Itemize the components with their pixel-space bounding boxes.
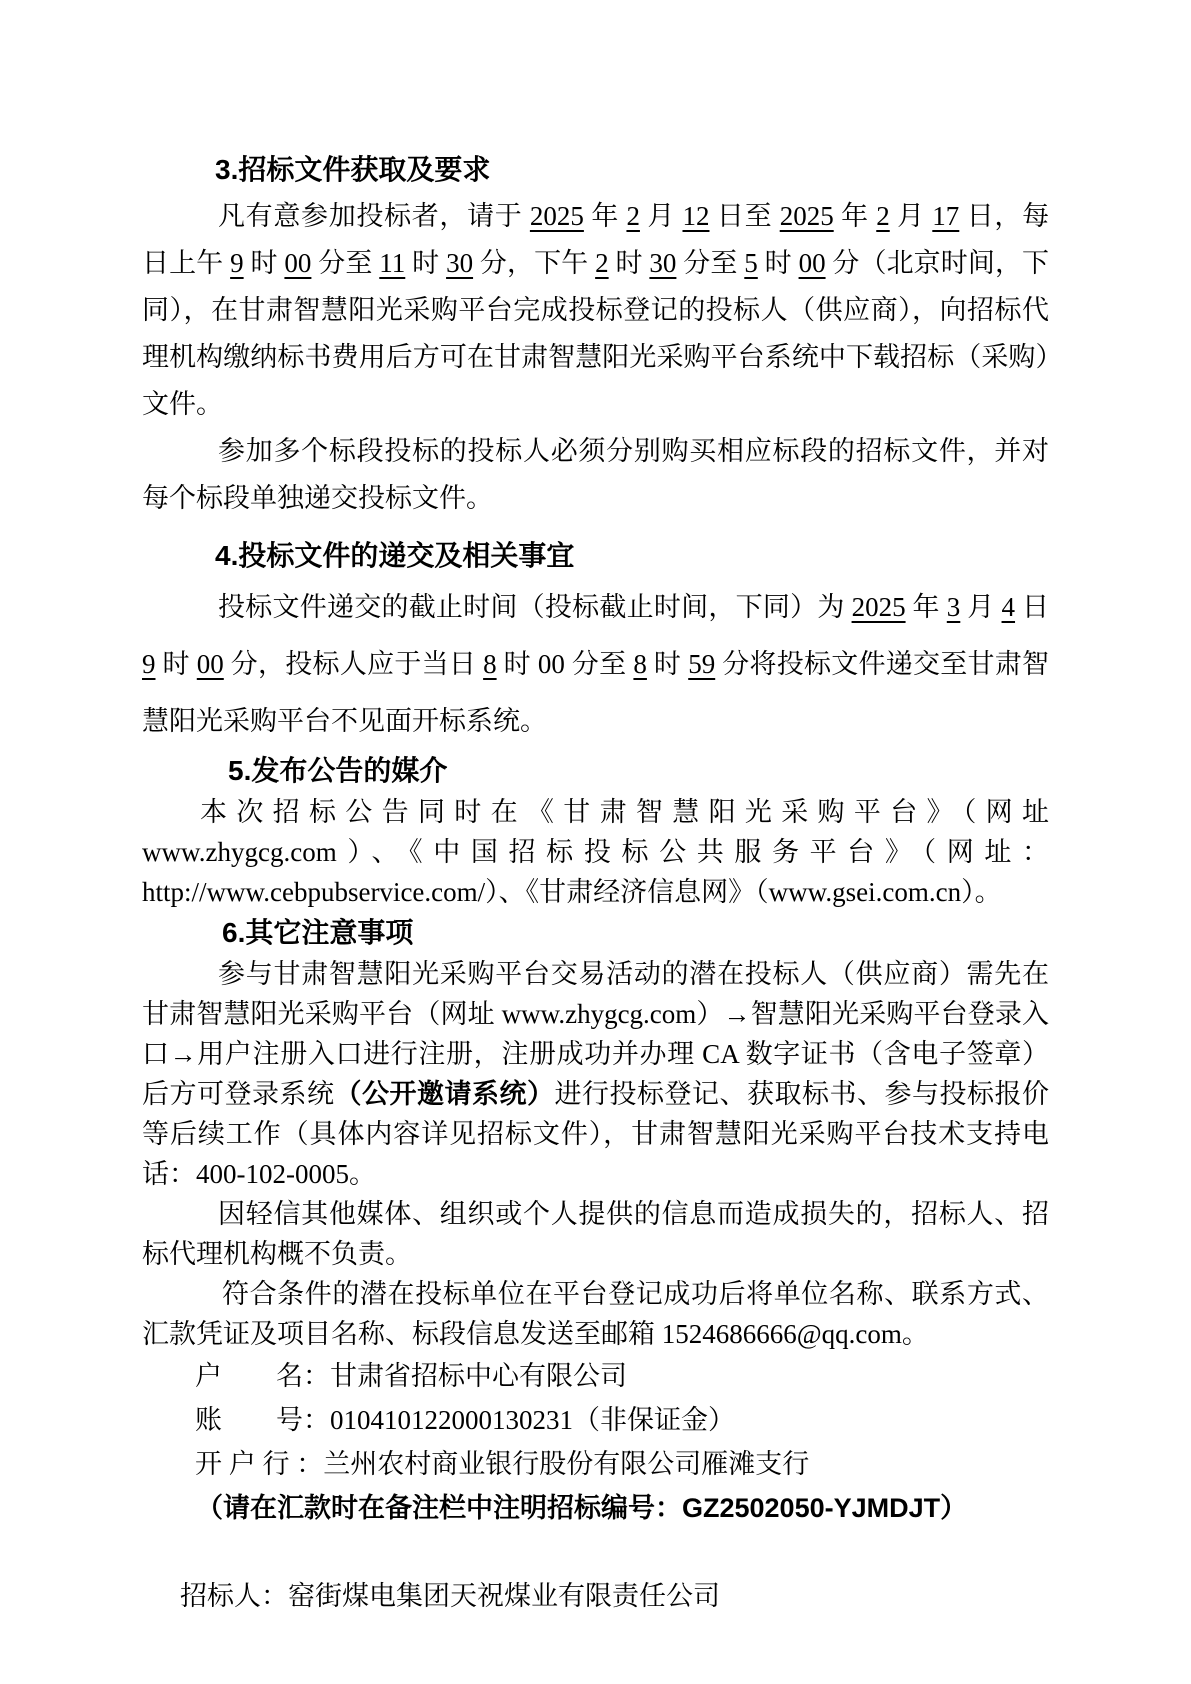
section-6-paragraph-2: 因轻信其他媒体、组织或个人提供的信息而造成损失的，招标人、招标代理机构概不负责。 (142, 1194, 1049, 1274)
section-6-paragraph-1: 参与甘肃智慧阳光采购平台交易活动的潜在投标人（供应商）需先在甘肃智慧阳光采购平台… (142, 954, 1049, 1194)
section-6-heading: 6.其它注意事项 (142, 912, 1049, 954)
section-3-heading: 3.招标文件获取及要求 (142, 146, 1049, 193)
section-4-paragraph: 投标文件递交的截止时间（投标截止时间，下同）为 2025 年 3 月 4 日 9… (142, 579, 1049, 750)
section-3-paragraph-2: 参加多个标段投标的投标人必须分别购买相应标段的招标文件，并对每个标段单独递交投标… (142, 428, 1049, 522)
section-4-heading: 4.投标文件的递交及相关事宜 (142, 532, 1049, 579)
section-5-paragraph: 本次招标公告同时在《甘肃智慧阳光采购平台》（网址 www.zhygcg.com）… (142, 792, 1049, 912)
section-6-paragraph-3: 符合条件的潜在投标单位在平台登记成功后将单位名称、联系方式、汇款凭证及项目名称、… (142, 1274, 1049, 1354)
document-body: 3.招标文件获取及要求 凡有意参加投标者，请于 2025 年 2 月 12 日至… (0, 0, 1191, 1618)
bank-branch-line: 开 户 行 ：兰州农村商业银行股份有限公司雁滩支行 (195, 1442, 1049, 1486)
document-page: 3.招标文件获取及要求 凡有意参加投标者，请于 2025 年 2 月 12 日至… (0, 0, 1191, 1684)
remittance-note: （请在汇款时在备注栏中注明招标编号：GZ2502050-YJMDJT） (196, 1486, 1049, 1530)
account-name-line: 户 名：甘肃省招标中心有限公司 (195, 1354, 1049, 1398)
section-5-heading: 5.发布公告的媒介 (142, 750, 1049, 792)
section-3-paragraph-1: 凡有意参加投标者，请于 2025 年 2 月 12 日至 2025 年 2 月 … (142, 193, 1049, 428)
account-number-line: 账 号：010410122000130231（非保证金） (195, 1398, 1049, 1442)
tenderer-line: 招标人：窑街煤电集团天祝煤业有限责任公司 (180, 1574, 1049, 1618)
